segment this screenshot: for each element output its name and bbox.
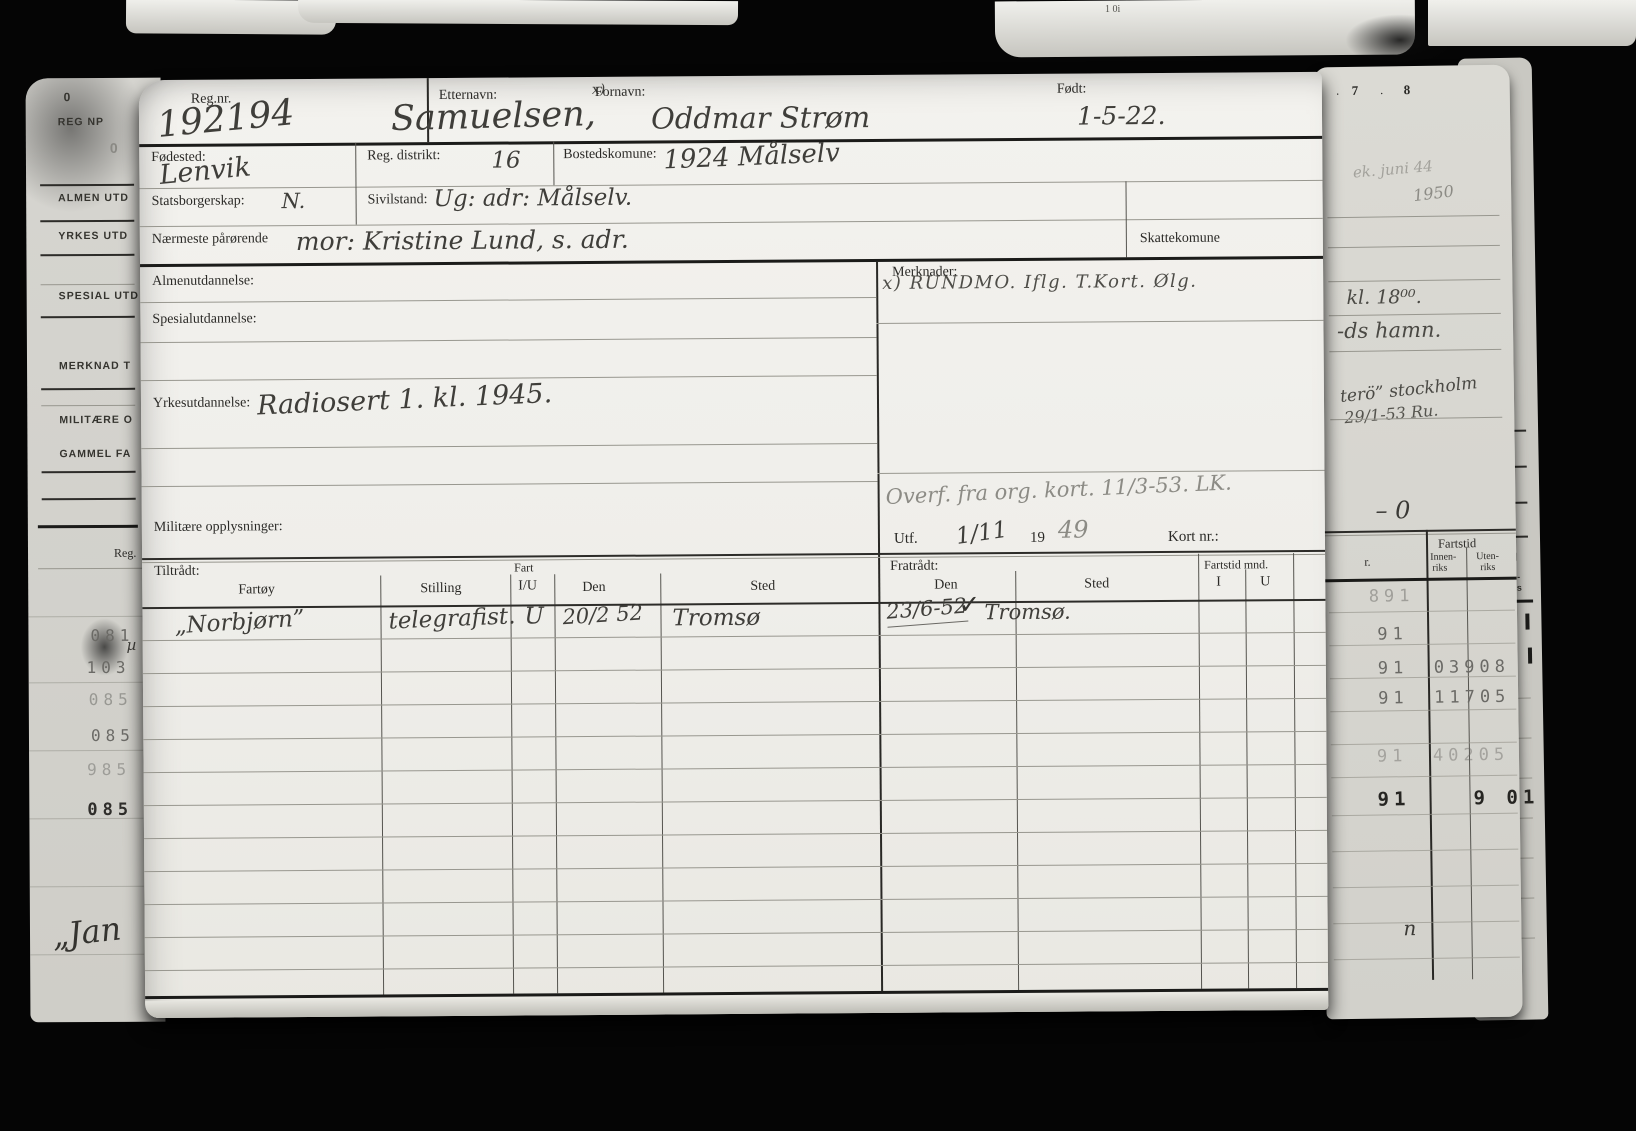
spesialutdannelse-label: Spesialutdannelse: xyxy=(152,311,256,328)
fr-col-sted: Sted xyxy=(1084,576,1109,592)
stamp-mark xyxy=(1528,648,1532,664)
col-fartoy: Fartøy xyxy=(238,582,275,598)
col-u: U xyxy=(1260,574,1270,590)
rule xyxy=(144,863,1327,872)
rule xyxy=(38,525,138,529)
left-card-militare: MILITÆRE O xyxy=(59,414,133,426)
rule xyxy=(140,256,1323,267)
left-card-reg-np: REG NP xyxy=(58,116,104,128)
fodt-label: Født: xyxy=(1057,82,1087,98)
ruler-dot: · xyxy=(1380,86,1384,101)
rule xyxy=(42,498,136,500)
rule xyxy=(140,218,1323,227)
rule xyxy=(1321,577,1517,583)
rule xyxy=(140,297,876,303)
utf-century: 19 xyxy=(1030,530,1045,547)
stamp-number: 103 xyxy=(87,658,131,677)
etternavn-value: Samuelsen, xyxy=(391,97,597,137)
rule xyxy=(42,471,136,473)
rule xyxy=(1333,921,1519,925)
rule xyxy=(29,750,143,752)
reg-distrikt-label: Reg. distrikt: xyxy=(367,148,440,165)
left-card-reg-label: Reg. xyxy=(114,546,136,561)
stamp-row-value: 11705 xyxy=(1434,687,1510,708)
paper-scrap-top-mid xyxy=(298,0,738,25)
bostedskomune-label: Bostedskomune: xyxy=(563,147,656,164)
utf-year-value: 49 xyxy=(1058,518,1089,542)
left-card-zero-faint: 0 xyxy=(110,140,119,156)
almenutdannelse-label: Almenutdannelse: xyxy=(152,273,254,290)
fodt-value: 1-5-22. xyxy=(1077,103,1166,129)
merknader-value: x) RUNDMO. Iflg. T.Kort. Ølg. xyxy=(882,273,1197,293)
left-card-yrkes: YRKES UTD xyxy=(58,230,128,242)
stamp-row: 91 xyxy=(1378,688,1409,708)
innenriks-header-2: riks xyxy=(1432,563,1447,574)
register-card: Reg.nr. 192194 Etternavn: x) Samuelsen, … xyxy=(139,72,1329,1018)
rule xyxy=(1198,554,1202,989)
rule xyxy=(878,470,1325,474)
rule xyxy=(144,830,1327,839)
innenriks-header-1: Innen- xyxy=(1430,551,1456,562)
rule xyxy=(144,764,1327,773)
rule xyxy=(1320,533,1516,537)
left-card-zero: 0 xyxy=(64,90,72,104)
fratradt-label: Fratrådt: xyxy=(890,559,938,575)
reg-nr-value: 192194 xyxy=(156,95,296,144)
rule xyxy=(876,320,1323,324)
stamp-mark xyxy=(1525,614,1529,630)
row1-den: 20/2 52 xyxy=(562,603,644,629)
rule xyxy=(143,632,1326,641)
ruler-dot: · xyxy=(1336,87,1340,102)
rule xyxy=(30,886,144,888)
rule xyxy=(144,797,1327,806)
rule xyxy=(1328,279,1500,282)
stamp-row-value: 03908 xyxy=(1434,657,1510,678)
right-card-handwriting-kl: kl. 18⁰⁰. xyxy=(1346,288,1421,308)
stamp-row: 91 xyxy=(1377,746,1408,766)
row1-stilling: telegrafist. xyxy=(388,605,516,633)
right-card-handwriting-top: ek. juni 44 xyxy=(1352,159,1433,181)
rule xyxy=(143,698,1326,707)
rule xyxy=(143,665,1326,674)
kort-nr-label: Kort nr.: xyxy=(1168,529,1219,546)
col-i: I xyxy=(1216,575,1221,591)
rule xyxy=(41,388,135,390)
rule xyxy=(355,187,356,225)
fartstid-header: Fartstid xyxy=(1438,536,1476,552)
rule xyxy=(143,731,1326,740)
rule xyxy=(1332,849,1518,853)
fart-label: Fart xyxy=(514,560,533,575)
stamp-row: 91 xyxy=(1378,658,1409,678)
rule xyxy=(1331,775,1517,779)
yrkesutdannelse-value: Radiosert 1. kl. 1945. xyxy=(257,380,553,419)
rule xyxy=(355,143,356,187)
mu-mark: µ xyxy=(126,638,136,653)
sivilstand-label: Sivilstand: xyxy=(368,192,428,208)
right-card-handwriting-date: 29/1-53 Ru. xyxy=(1344,402,1439,426)
left-card-handwriting-jan: „Jan xyxy=(50,912,122,951)
utf-label: Utf. xyxy=(894,531,918,548)
stamp-number: 085 xyxy=(89,690,133,709)
rule xyxy=(41,284,135,285)
ruler-8: 8 xyxy=(1404,82,1411,98)
rule xyxy=(142,481,878,487)
rule xyxy=(1330,676,1516,680)
col-den: Den xyxy=(582,580,605,596)
rule xyxy=(1329,313,1501,316)
stamp-row-value: 9 01 xyxy=(1473,786,1539,809)
utf-day-value: 1/11 xyxy=(955,519,1009,549)
row1-fratradt-den: 23/6-52 xyxy=(886,596,969,628)
ruler-7: 7 xyxy=(1352,83,1359,99)
left-card-gammel: GAMMEL FA xyxy=(59,448,131,460)
col-sted: Sted xyxy=(750,579,775,595)
row1-fartoy: „Norbjørn” xyxy=(174,608,305,639)
row1-sted: Tromsø xyxy=(672,607,760,631)
rule xyxy=(1328,245,1500,248)
rule xyxy=(139,180,1322,189)
parorende-label: Nærmeste pårørende xyxy=(152,231,268,248)
fornavn-label: Fornavn: xyxy=(595,85,646,101)
yrkesutdannelse-label: Yrkesutdannelse: xyxy=(153,395,250,412)
sivilstand-value: Ug: adr: Målselv. xyxy=(434,187,633,211)
right-card-handwriting-n: n xyxy=(1403,918,1416,938)
stamp-row: 91 xyxy=(1377,624,1408,644)
stamp-row-value: 40205 xyxy=(1433,745,1509,766)
left-card-almen: ALMEN UTD xyxy=(58,192,129,204)
militare-label: Militære opplysninger: xyxy=(154,519,283,536)
stamp-row: 91 xyxy=(1377,788,1410,810)
fartstid-mnd-label: Fartstid mnd. xyxy=(1204,557,1268,572)
rule xyxy=(38,568,142,570)
fornavn-value: Oddmar Strøm xyxy=(651,103,870,134)
stamp-number: 985 xyxy=(87,760,131,779)
paper-scrap-top-corner xyxy=(1428,0,1636,46)
rule xyxy=(876,262,883,991)
left-card-spesial: SPESIAL UTD xyxy=(59,290,139,302)
rule xyxy=(1334,957,1520,961)
rule xyxy=(553,141,554,185)
row1-check-mark: ✓ xyxy=(958,592,980,618)
right-card-handwriting-zero: – 0 xyxy=(1375,498,1410,522)
rule xyxy=(1293,553,1297,988)
rule xyxy=(30,954,144,956)
right-card-handwriting-1950: 1950 xyxy=(1412,183,1454,204)
row1-iu: U xyxy=(524,605,544,628)
statsborgerskap-label: Statsborgerskap: xyxy=(152,193,245,210)
tiltradt-label: Tiltrådt: xyxy=(154,564,200,580)
rule xyxy=(141,337,877,343)
reg-distrikt-value: 16 xyxy=(491,149,520,172)
rule xyxy=(1329,610,1515,614)
right-card-handwriting-stockholm: terö” stockholm xyxy=(1339,375,1478,406)
underlying-card-right: · 7 · 8 ek. juni 44 1950 kl. 18⁰⁰. -ds h… xyxy=(1313,65,1522,1020)
fr-col-den: Den xyxy=(934,577,957,593)
row1-fratradt-sted: Tromsø. xyxy=(984,602,1070,624)
rule xyxy=(1332,813,1518,817)
col-stilling: Stilling xyxy=(420,581,461,597)
rule xyxy=(1333,885,1519,889)
left-card-merknad: MERKNAD T xyxy=(59,360,131,372)
rule xyxy=(29,682,143,684)
rule xyxy=(1329,643,1515,647)
utenriks-header-1: Uten- xyxy=(1476,551,1499,562)
rule xyxy=(40,220,134,222)
stamp-number: 085 xyxy=(91,726,135,745)
utenriks-header-2: riks xyxy=(1480,562,1495,573)
rule xyxy=(1327,215,1499,218)
rule xyxy=(41,405,135,406)
rule xyxy=(41,316,135,318)
rule xyxy=(1329,349,1501,352)
rule xyxy=(145,929,1328,938)
skattekomune-label: Skattekomune xyxy=(1140,231,1220,248)
rule xyxy=(40,254,134,256)
col-iu: I/U xyxy=(518,578,537,594)
scrap-tiny-text: 1 0i xyxy=(1105,4,1120,15)
rule xyxy=(141,443,877,449)
scanned-register-card-page: 1 0i 0 REG NP 0 ALMEN UTD YRKES UTD SPES… xyxy=(0,0,1636,1131)
nr-tail: r. xyxy=(1364,555,1371,570)
bostedskomune-value: 1924 Målselv xyxy=(663,140,841,173)
rule xyxy=(144,896,1327,905)
statsborgerskap-value: N. xyxy=(282,191,306,212)
right-card-handwriting-hamn: -ds hamn. xyxy=(1337,320,1441,342)
overfort-note: Overf. fra org. kort. 11/3-53. LK. xyxy=(885,472,1232,507)
stamp-row: 891 xyxy=(1369,586,1415,607)
fodested-value: Lenvik xyxy=(158,153,252,188)
rule xyxy=(145,962,1328,971)
parorende-value: mor: Kristine Lund, s. adr. xyxy=(296,227,629,254)
rule xyxy=(1330,709,1516,713)
